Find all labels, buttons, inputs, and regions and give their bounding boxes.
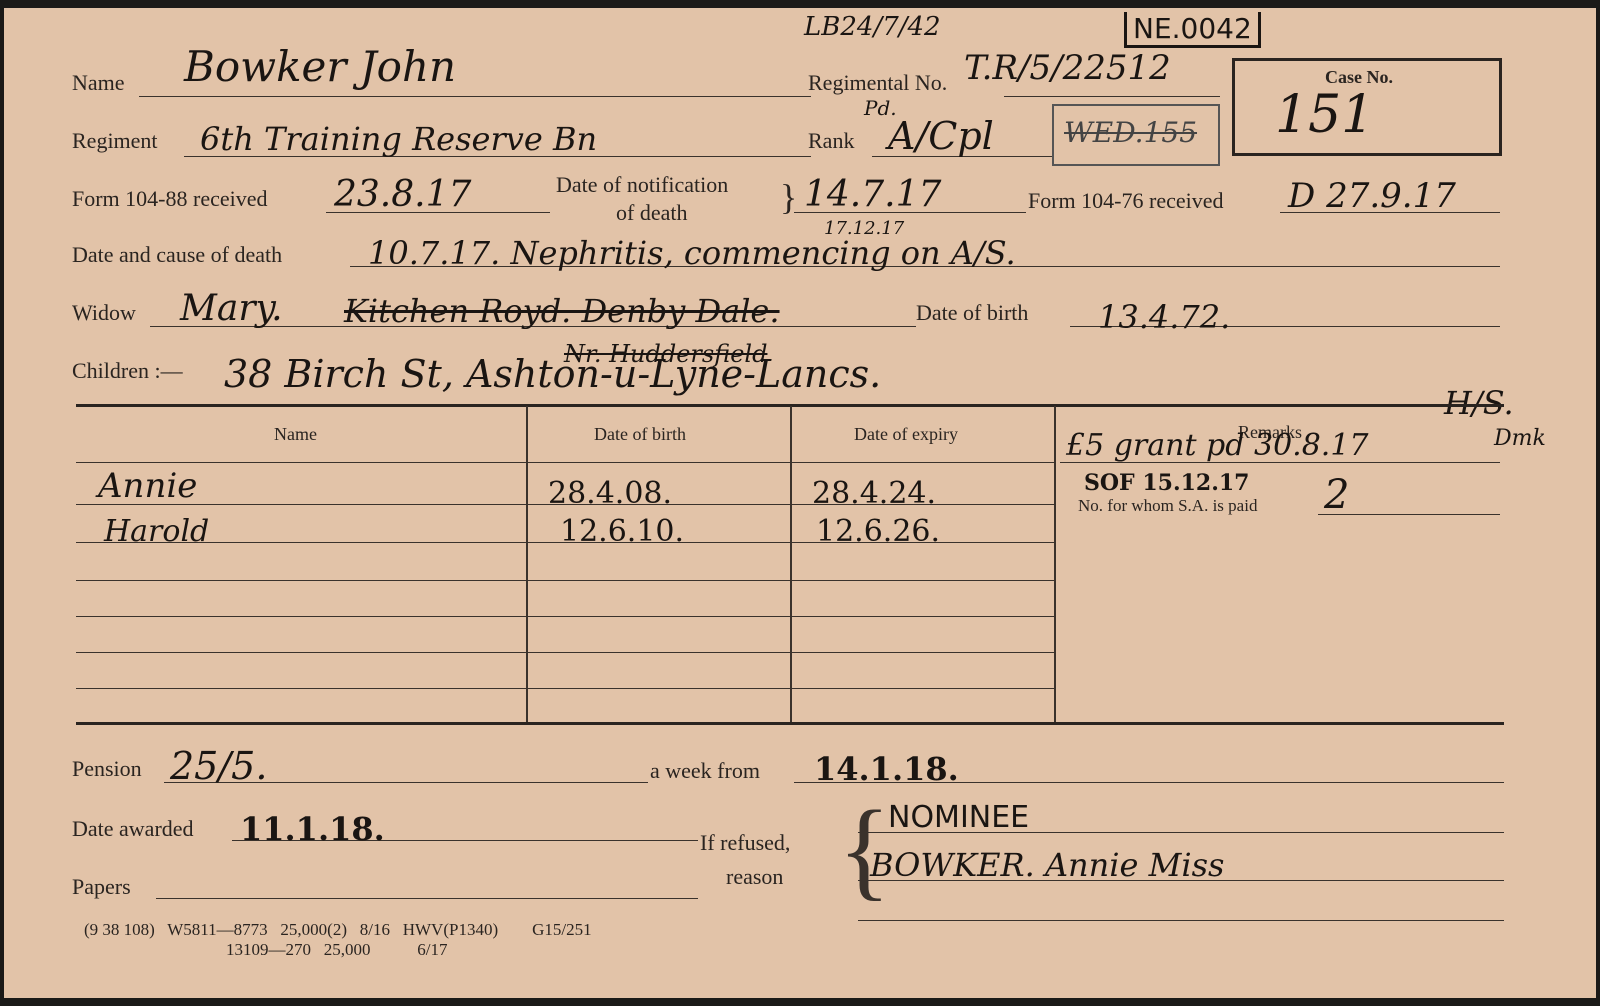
remarks-line-1-note: Dmk (1494, 426, 1546, 451)
form-104-88-value: 23.8.17 (334, 174, 471, 215)
widow-struck-address: Kitchen Royd. Denby Dale. (344, 292, 780, 330)
table-divider (526, 406, 528, 722)
row-rule (76, 580, 1054, 581)
remarks-line-2: SOF 15.12.17 (1084, 470, 1250, 496)
stamp-box: WED.155 (1052, 104, 1220, 166)
regiment-value: 6th Training Reserve Bn (200, 120, 597, 158)
papers-label: Papers (72, 874, 131, 900)
week-from-value: 14.1.18. (814, 750, 959, 788)
index-stamp: NE.0042 (1124, 12, 1261, 48)
pension-label: Pension (72, 756, 142, 782)
col-header-name: Name (274, 424, 317, 445)
death-value: 10.7.17. Nephritis, commencing on A/S. (368, 234, 1016, 272)
child-name: Harold (104, 514, 209, 549)
child-name: Annie (98, 466, 197, 506)
refused-line-1-value: NOMINEE (888, 800, 1029, 835)
sa-value: 2 (1324, 472, 1349, 518)
col-header-expiry: Date of expiry (854, 424, 958, 445)
refused-label-2: reason (726, 864, 783, 890)
remarks-line-1: £5 grant pd 30.8.17 (1066, 428, 1369, 463)
papers-line (156, 898, 698, 899)
name-line (139, 96, 811, 97)
row-rule (76, 652, 1054, 653)
widow-label: Widow (72, 300, 136, 326)
dob-value: 13.4.72. (1098, 298, 1230, 336)
dob-label: Date of birth (916, 300, 1028, 326)
stamp-text: WED.155 (1064, 116, 1197, 149)
widow-name: Mary. (180, 288, 283, 329)
name-label: Name (72, 70, 125, 96)
footer-line-1: (9 38 108) W5811—8773 25,000(2) 8/16 HWV… (84, 920, 592, 940)
week-from-label: a week from (650, 758, 760, 784)
case-no-box: Case No. 151 (1232, 58, 1502, 156)
regimental-no-label: Regimental No. (808, 70, 947, 96)
case-no-value: 151 (1275, 85, 1374, 145)
margin-note: H/S. (1444, 384, 1514, 422)
refused-line-2-value: BOWKER. Annie Miss (870, 846, 1224, 884)
notification-label-1: Date of notification (556, 172, 728, 198)
rank-label: Rank (808, 128, 854, 154)
date-awarded-value: 11.1.18. (240, 810, 385, 848)
footer-line-2: 13109—270 25,000 6/17 (226, 940, 447, 960)
form-104-76-value: D 27.9.17 (1288, 176, 1456, 216)
table-divider (790, 406, 792, 722)
name-value: Bowker John (184, 42, 456, 91)
table-bottom-rule (76, 722, 1504, 725)
row-rule (76, 688, 1054, 689)
children-address: 38 Birch St, Ashton-u-Lyne-Lancs. (224, 352, 881, 396)
child-dob: 12.6.10. (560, 514, 684, 549)
regiment-label: Regiment (72, 128, 158, 154)
death-label: Date and cause of death (72, 242, 282, 268)
sa-label: No. for whom S.A. is paid (1078, 496, 1257, 516)
row-rule (76, 616, 1054, 617)
ref-number: LB24/7/42 (804, 12, 941, 42)
child-expiry: 28.4.24. (812, 476, 936, 511)
form-104-76-label: Form 104-76 received (1028, 188, 1224, 214)
children-label: Children :— (72, 358, 183, 384)
notification-value: 14.7.17 (804, 174, 941, 215)
pension-value: 25/5. (170, 744, 267, 788)
regimental-no-value: T.R/5/22512 (964, 48, 1171, 88)
child-dob: 28.4.08. (548, 476, 672, 511)
form-104-88-label: Form 104-88 received (72, 186, 268, 212)
col-header-dob: Date of birth (594, 424, 686, 445)
row-rule (76, 462, 1054, 463)
date-awarded-label: Date awarded (72, 816, 194, 842)
refused-label-1: If refused, (700, 830, 790, 856)
pension-record-card: LB24/7/42 NE.0042 Name Bowker John Regim… (4, 8, 1596, 998)
regimental-no-line (1004, 96, 1220, 97)
refused-line-3 (858, 920, 1504, 921)
table-divider (1054, 406, 1056, 722)
child-expiry: 12.6.26. (816, 514, 940, 549)
rank-value: A/Cpl (888, 114, 994, 158)
notification-label-2: of death (616, 200, 687, 226)
